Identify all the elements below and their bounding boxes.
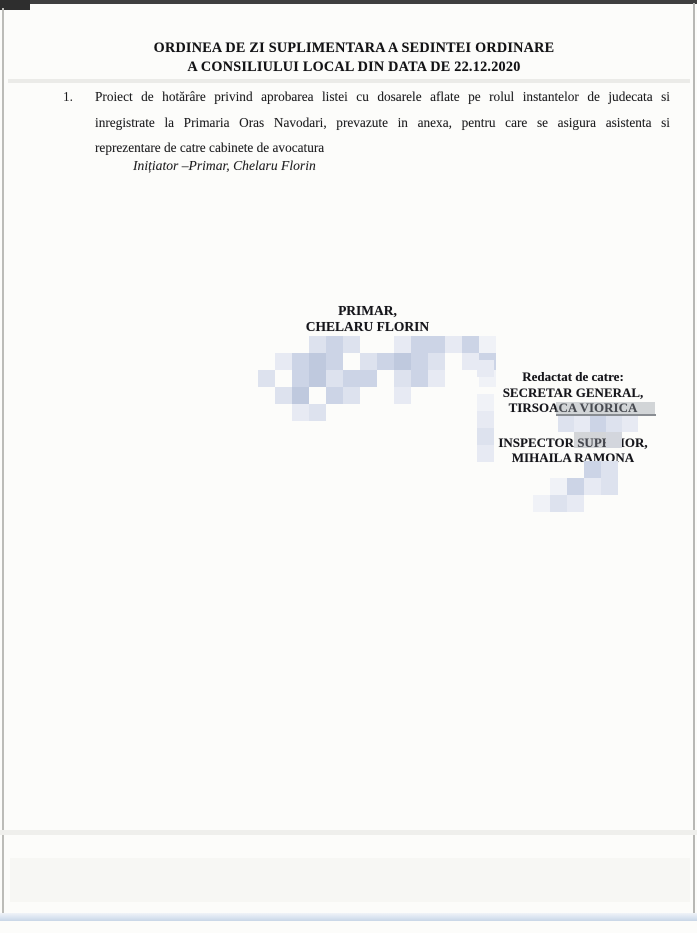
blur-cell	[477, 445, 494, 462]
blur-cell	[601, 478, 618, 495]
blur-cell	[601, 461, 618, 478]
scan-edge-left	[2, 8, 4, 920]
blur-cell	[326, 353, 343, 370]
blur-cell	[326, 336, 343, 353]
blur-cell	[558, 416, 574, 432]
blur-cell	[550, 478, 567, 495]
blur-cell	[343, 336, 360, 353]
blur-cell	[533, 495, 550, 512]
agenda-item-number: 1.	[63, 84, 73, 110]
blur-cell	[309, 353, 326, 370]
blur-cell	[360, 370, 377, 387]
scan-streak-lower	[0, 830, 697, 835]
blur-cell	[275, 353, 292, 370]
title-line-1: ORDINEA DE ZI SUPLIMENTARA A SEDINTEI OR…	[0, 39, 697, 58]
blur-cell	[309, 370, 326, 387]
blur-cell	[567, 478, 584, 495]
redaction-bar	[556, 402, 655, 414]
blur-cell	[343, 387, 360, 404]
blur-cell	[428, 353, 445, 370]
initiator-line: Inițiator –Primar, Chelaru Florin	[133, 158, 316, 174]
blur-cell	[590, 432, 606, 448]
scan-bottom-blue-band	[0, 913, 697, 921]
blur-cell	[360, 353, 377, 370]
blur-cell	[584, 461, 601, 478]
blur-cell	[275, 387, 292, 404]
blur-cell	[567, 495, 584, 512]
blur-cell	[477, 360, 494, 377]
blur-cell	[590, 416, 606, 432]
primar-role: PRIMAR,	[280, 303, 455, 319]
blur-cell	[428, 370, 445, 387]
blur-cell	[411, 353, 428, 370]
blur-cell	[462, 336, 479, 353]
scan-edge-top	[0, 0, 697, 4]
blur-cell	[309, 336, 326, 353]
blur-cell	[258, 370, 275, 387]
blur-cell	[411, 336, 428, 353]
title-line-2: A CONSILIULUI LOCAL DIN DATA DE 22.12.20…	[0, 58, 697, 77]
scan-mottle-band	[10, 858, 690, 902]
blur-cell	[477, 411, 494, 428]
blur-cell	[411, 370, 428, 387]
document-title: ORDINEA DE ZI SUPLIMENTARA A SEDINTEI OR…	[0, 39, 697, 76]
scan-streak-under-title	[8, 79, 690, 83]
blur-cell	[292, 404, 309, 421]
blur-cell	[584, 478, 601, 495]
scan-corner-block	[0, 0, 30, 10]
blur-cell	[394, 336, 411, 353]
blur-cell	[394, 353, 411, 370]
blur-cell	[292, 387, 309, 404]
blur-cell	[479, 336, 496, 353]
blur-cell	[326, 387, 343, 404]
blur-cell	[343, 370, 360, 387]
blur-cell	[445, 336, 462, 353]
blur-cell	[477, 428, 494, 445]
scanned-document-page: ORDINEA DE ZI SUPLIMENTARA A SEDINTEI OR…	[0, 0, 697, 933]
blur-cell	[550, 495, 567, 512]
blur-cell	[326, 370, 343, 387]
blur-cell	[309, 404, 326, 421]
blur-cell	[394, 370, 411, 387]
agenda-item-text-line: Proiect de hotărâre privind aprobarea li…	[95, 84, 670, 110]
blur-cell	[394, 387, 411, 404]
inspector-name: MIHAILA RAMONA	[462, 450, 684, 466]
blur-cell	[377, 353, 394, 370]
primar-signature-block: PRIMAR, CHELARU FLORIN	[280, 303, 455, 334]
blur-cell	[292, 353, 309, 370]
inspector-role: INSPECTOR SUPERIOR,	[462, 435, 684, 451]
agenda-item-text: Proiect de hotărâre privind aprobarea li…	[95, 84, 670, 161]
primar-name: CHELARU FLORIN	[280, 319, 455, 335]
scan-edge-right	[693, 3, 695, 915]
blur-cell	[574, 416, 590, 432]
blur-cell	[574, 432, 590, 448]
blur-cell	[622, 416, 638, 432]
blur-cell	[428, 336, 445, 353]
blur-cell	[477, 394, 494, 411]
agenda-item-text-line: inregistrate la Primaria Oras Navodari, …	[95, 110, 670, 136]
blur-cell	[606, 432, 622, 448]
blur-cell	[292, 370, 309, 387]
agenda-item-text-line: reprezentare de catre cabinete de avocat…	[95, 135, 670, 161]
blur-cell	[606, 416, 622, 432]
